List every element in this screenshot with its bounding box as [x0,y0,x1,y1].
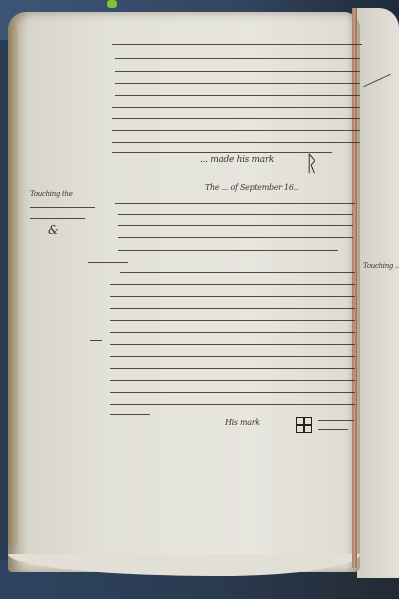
handwriting-line [110,320,355,321]
handwriting-line [118,225,353,226]
handwriting-line [110,332,355,333]
margin-note-line [30,218,85,219]
handwriting-line [110,344,355,345]
handwriting-line [110,368,355,369]
margin-note-line [30,207,95,208]
page-edge-stain [8,26,18,546]
handwriting-line [110,308,355,309]
facing-page [357,8,399,578]
handwriting-line [118,250,338,251]
mark-caption: His mark [225,418,260,427]
handwriting-line [115,203,355,204]
handwriting-line [112,44,362,45]
book-gutter [352,8,357,568]
handwriting-line [115,71,360,72]
handwriting-line [110,414,150,415]
handwriting-line [112,130,360,131]
signature-scribble [318,429,348,430]
handwriting-line [118,214,353,215]
handwriting-flourish [88,262,128,263]
handwriting-line [115,58,360,59]
margin-flourish: & [48,223,58,237]
mark-caption: ... made his mark [200,155,274,165]
handwriting-line [110,284,355,285]
handwriting-line [115,95,360,96]
signature-mark-x: ᚱ [305,152,318,177]
green-clip [107,0,117,8]
handwriting-line [110,356,355,357]
margin-note: Touching the [30,190,73,198]
handwriting-line [112,107,360,108]
manuscript-page [8,12,360,572]
signature-scribble [318,420,354,421]
right-page-margin-note: Touching ... [363,262,399,270]
handwriting-line [115,83,360,84]
handwriting-line [120,272,355,273]
handwriting-line [112,152,332,153]
handwriting-line [110,404,355,405]
signature-mark-grid [296,417,312,433]
handwriting-line [110,380,355,381]
handwriting-line [112,118,360,119]
handwriting-line [110,296,355,297]
date-line: The ... of September 16.. [205,183,298,192]
handwriting-line [110,392,355,393]
handwriting-line [112,142,360,143]
handwriting-line [118,237,353,238]
margin-dash [90,340,102,341]
